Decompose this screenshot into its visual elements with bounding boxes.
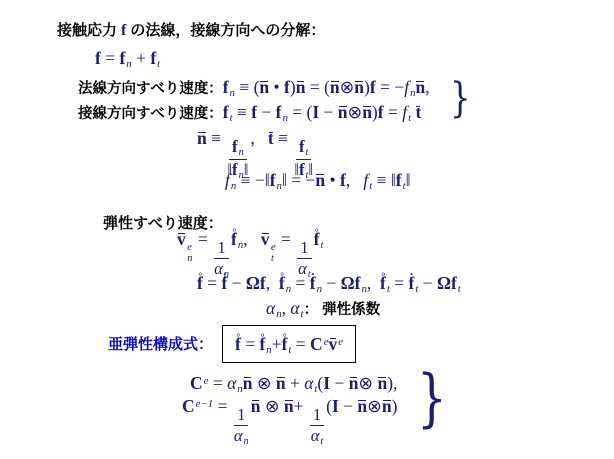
document-page: 接触応力 f の法線，接線方向への分解： f = fn + ft 法線方向すべり…: [0, 0, 614, 459]
normal-slip-label: 法線方向すべり速度：: [78, 81, 223, 97]
group-brace-top: }: [450, 74, 471, 122]
formula-tangent-component: 接線方向すべり速度：ft ≡ f − fn = (I − n⊗n)f = ft …: [78, 102, 421, 125]
formula-corotational-rates: ∘f = •f − Ωf, ∘fn = •fn − Ωfn, ∘ft = •ft…: [197, 273, 461, 296]
formula-Ce-inverse: Ce−1 = 1αnn ⊗ n+ 1αt(I − n⊗n): [182, 396, 397, 447]
formula-elastic-coefficients: αn, αt： 弾性係数: [266, 298, 380, 321]
formula-Ce: Ce = αnn ⊗ n + αt(I − n⊗ n),: [190, 373, 397, 396]
tangent-slip-label: 接線方向すべり速度：: [78, 106, 223, 122]
formula-decomposition: f = fn + ft: [95, 48, 160, 71]
page-title: 接触応力 f の法線，接線方向への分解：: [57, 19, 325, 40]
formula-ft: ft ≡ f − fn = (I − n⊗n)f = ft t: [223, 102, 422, 122]
hypoelastic-equation-box: ∘f = ∘fn+∘ft = Ceve: [222, 325, 356, 363]
group-brace-bottom: }: [417, 362, 447, 436]
title-pre: 接触応力: [57, 22, 117, 39]
hypoelastic-label: 亜弾性構成式：: [108, 333, 213, 354]
title-post: の法線，接線方向への分解：: [130, 22, 325, 39]
formula-scalar-defs: fn ≡ −‖fn‖ = −n • f, ft ≡ ‖ft‖: [225, 170, 411, 193]
formula-hypoelastic: ∘f = ∘fn+∘ft = Ceve: [235, 334, 343, 354]
title-f-symbol: f: [117, 22, 130, 39]
formula-normal-component: 法線方向すべり速度：fn ≡ (n • f)n = (n⊗n)f = −fnn,: [78, 77, 430, 100]
formula-fn: fn ≡ (n • f)n = (n⊗n)f = −fnn,: [223, 77, 430, 97]
